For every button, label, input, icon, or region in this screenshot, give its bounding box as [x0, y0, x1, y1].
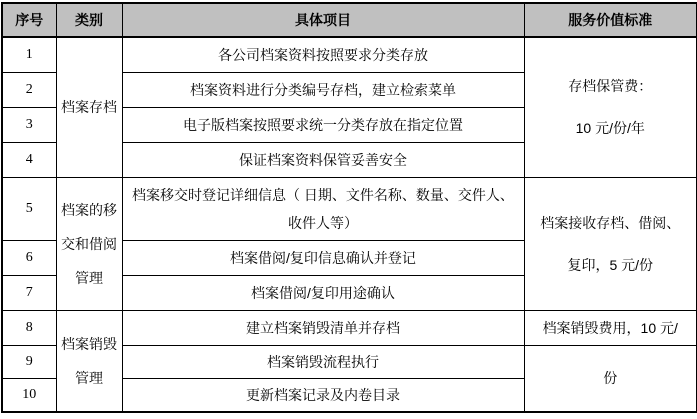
- item-cell: 各公司档案资料按照要求分类存放: [122, 37, 524, 72]
- archive-service-table: 序号 类别 具体项目 服务价值标准 1 档案存档 各公司档案资料按照要求分类存放…: [1, 2, 697, 413]
- row-number-cell: 3: [2, 107, 56, 142]
- row-number-cell: 1: [2, 37, 56, 72]
- service-standard-line: 档案接收存档、借阅、: [529, 202, 693, 244]
- item-cell: 档案移交时登记详细信息（ 日期、文件名称、数量、交件人、收件人等）: [122, 177, 524, 240]
- row-number-cell: 7: [2, 275, 56, 310]
- item-cell: 档案资料进行分类编号存档，建立检索菜单: [122, 72, 524, 107]
- header-row: 序号 类别 具体项目 服务价值标准: [2, 3, 697, 37]
- table-row: 8 档案销毁管理 建立档案销毁清单并存档 档案销毁费用，10 元/: [2, 310, 697, 345]
- table-row: 1 档案存档 各公司档案资料按照要求分类存放 存档保管费： 10 元/份/年: [2, 37, 697, 72]
- item-cell: 电子版档案按照要求统一分类存放在指定位置: [122, 107, 524, 142]
- item-cell: 建立档案销毁清单并存档: [122, 310, 524, 345]
- service-standard-cell: 档案接收存档、借阅、 复印，5 元/份: [524, 177, 697, 310]
- row-number-cell: 2: [2, 72, 56, 107]
- service-standard-line: 10 元/份/年: [529, 107, 693, 149]
- item-cell: 档案销毁流程执行: [122, 345, 524, 378]
- row-number-cell: 5: [2, 177, 56, 240]
- service-standard-cell: 档案销毁费用，10 元/: [524, 310, 697, 345]
- col-header-category: 类别: [56, 3, 122, 37]
- row-number-cell: 9: [2, 345, 56, 378]
- item-cell: 保证档案资料保管妥善安全: [122, 142, 524, 177]
- row-number-cell: 8: [2, 310, 56, 345]
- row-number-cell: 4: [2, 142, 56, 177]
- service-standard-cell: 份: [524, 345, 697, 412]
- table-row: 5 档案的移交和借阅管理 档案移交时登记详细信息（ 日期、文件名称、数量、交件人…: [2, 177, 697, 240]
- category-cell: 档案的移交和借阅管理: [56, 177, 122, 310]
- item-cell: 档案借阅/复印信息确认并登记: [122, 240, 524, 275]
- category-cell: 档案存档: [56, 37, 122, 177]
- service-standard-line: 复印，5 元/份: [529, 244, 693, 286]
- item-cell: 更新档案记录及内卷目录: [122, 378, 524, 412]
- col-header-standard: 服务价值标准: [524, 3, 697, 37]
- row-number-cell: 6: [2, 240, 56, 275]
- item-cell: 档案借阅/复印用途确认: [122, 275, 524, 310]
- service-standard-line: 存档保管费：: [529, 65, 693, 107]
- archive-service-table-page: 序号 类别 具体项目 服务价值标准 1 档案存档 各公司档案资料按照要求分类存放…: [0, 0, 697, 419]
- col-header-number: 序号: [2, 3, 56, 37]
- row-number-cell: 10: [2, 378, 56, 412]
- category-cell: 档案销毁管理: [56, 310, 122, 412]
- service-standard-cell: 存档保管费： 10 元/份/年: [524, 37, 697, 177]
- col-header-item: 具体项目: [122, 3, 524, 37]
